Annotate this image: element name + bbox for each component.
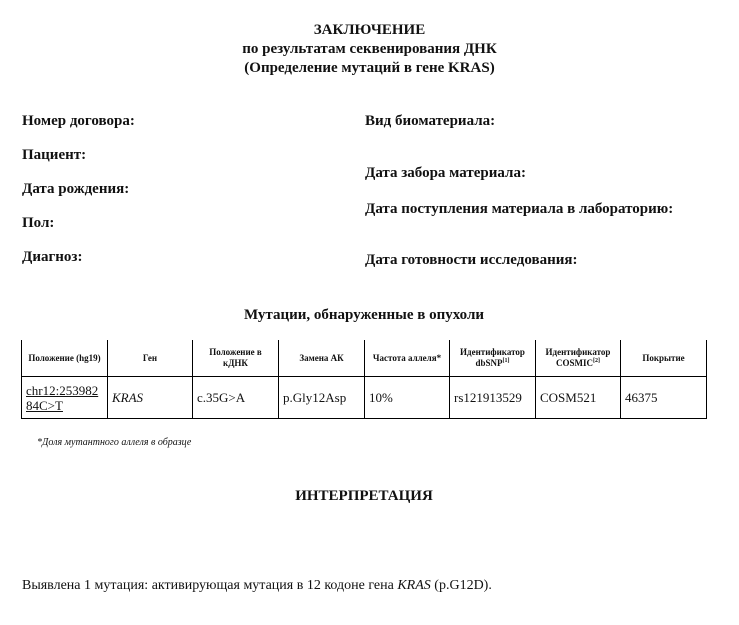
interpretation-text-end: (p.G12D). xyxy=(431,578,492,593)
cell-coverage: 46375 xyxy=(621,377,707,419)
report-title: ЗАКЛЮЧЕНИЕ xyxy=(0,21,739,40)
mutations-table: Положение (hg19) Ген Положение в кДНК За… xyxy=(21,340,707,419)
cell-dbsnp: rs121913529 xyxy=(450,377,536,419)
col-header-cosmic: Идентификатор COSMIC[2] xyxy=(536,340,621,377)
birth-date-label: Дата рождения: xyxy=(22,181,129,198)
col-header-position: Положение (hg19) xyxy=(22,340,108,377)
sampling-date-label: Дата забора материала: xyxy=(365,165,526,182)
ready-date-label: Дата готовности исследования: xyxy=(365,252,577,269)
interpretation-text: Выявлена 1 мутация: активирующая мутация… xyxy=(22,578,492,594)
col-header-dbsnp: Идентификатор dbSNP[1] xyxy=(450,340,536,377)
table-row: chr12:25398284C>T KRAS c.35G>A p.Gly12As… xyxy=(22,377,707,419)
col-header-allele-freq: Частота аллеля* xyxy=(365,340,450,377)
col-header-aa-change: Замена АК xyxy=(279,340,365,377)
cell-position-link[interactable]: chr12:25398284C>T xyxy=(22,377,108,419)
cell-gene: KRAS xyxy=(108,377,193,419)
lab-receipt-date-label: Дата поступления материала в лабораторию… xyxy=(365,201,673,218)
cell-cosmic: COSM521 xyxy=(536,377,621,419)
col-header-cdna: Положение в кДНК xyxy=(193,340,279,377)
sex-label: Пол: xyxy=(22,215,54,232)
interpretation-title: ИНТЕРПРЕТАЦИЯ xyxy=(0,488,728,505)
cell-aa-change: p.Gly12Asp xyxy=(279,377,365,419)
interpretation-gene: KRAS xyxy=(397,578,430,593)
cell-allele-freq: 10% xyxy=(365,377,450,419)
allele-footnote: *Доля мутантного аллеля в образце xyxy=(37,437,191,448)
report-subtitle: по результатам секвенирования ДНК xyxy=(0,40,739,59)
diagnosis-label: Диагноз: xyxy=(22,249,82,266)
col-header-coverage: Покрытие xyxy=(621,340,707,377)
patient-label: Пациент: xyxy=(22,147,86,164)
report-header: ЗАКЛЮЧЕНИЕ по результатам секвенирования… xyxy=(0,21,739,78)
table-header-row: Положение (hg19) Ген Положение в кДНК За… xyxy=(22,340,707,377)
col-header-gene: Ген xyxy=(108,340,193,377)
report-subtitle-gene: (Определение мутаций в гене KRAS) xyxy=(0,59,739,78)
contract-number-label: Номер договора: xyxy=(22,113,135,130)
cell-cdna: c.35G>A xyxy=(193,377,279,419)
mutations-section-title: Мутации, обнаруженные в опухоли xyxy=(0,307,728,324)
interpretation-text-start: Выявлена 1 мутация: активирующая мутация… xyxy=(22,578,397,593)
biomaterial-type-label: Вид биоматериала: xyxy=(365,113,495,130)
